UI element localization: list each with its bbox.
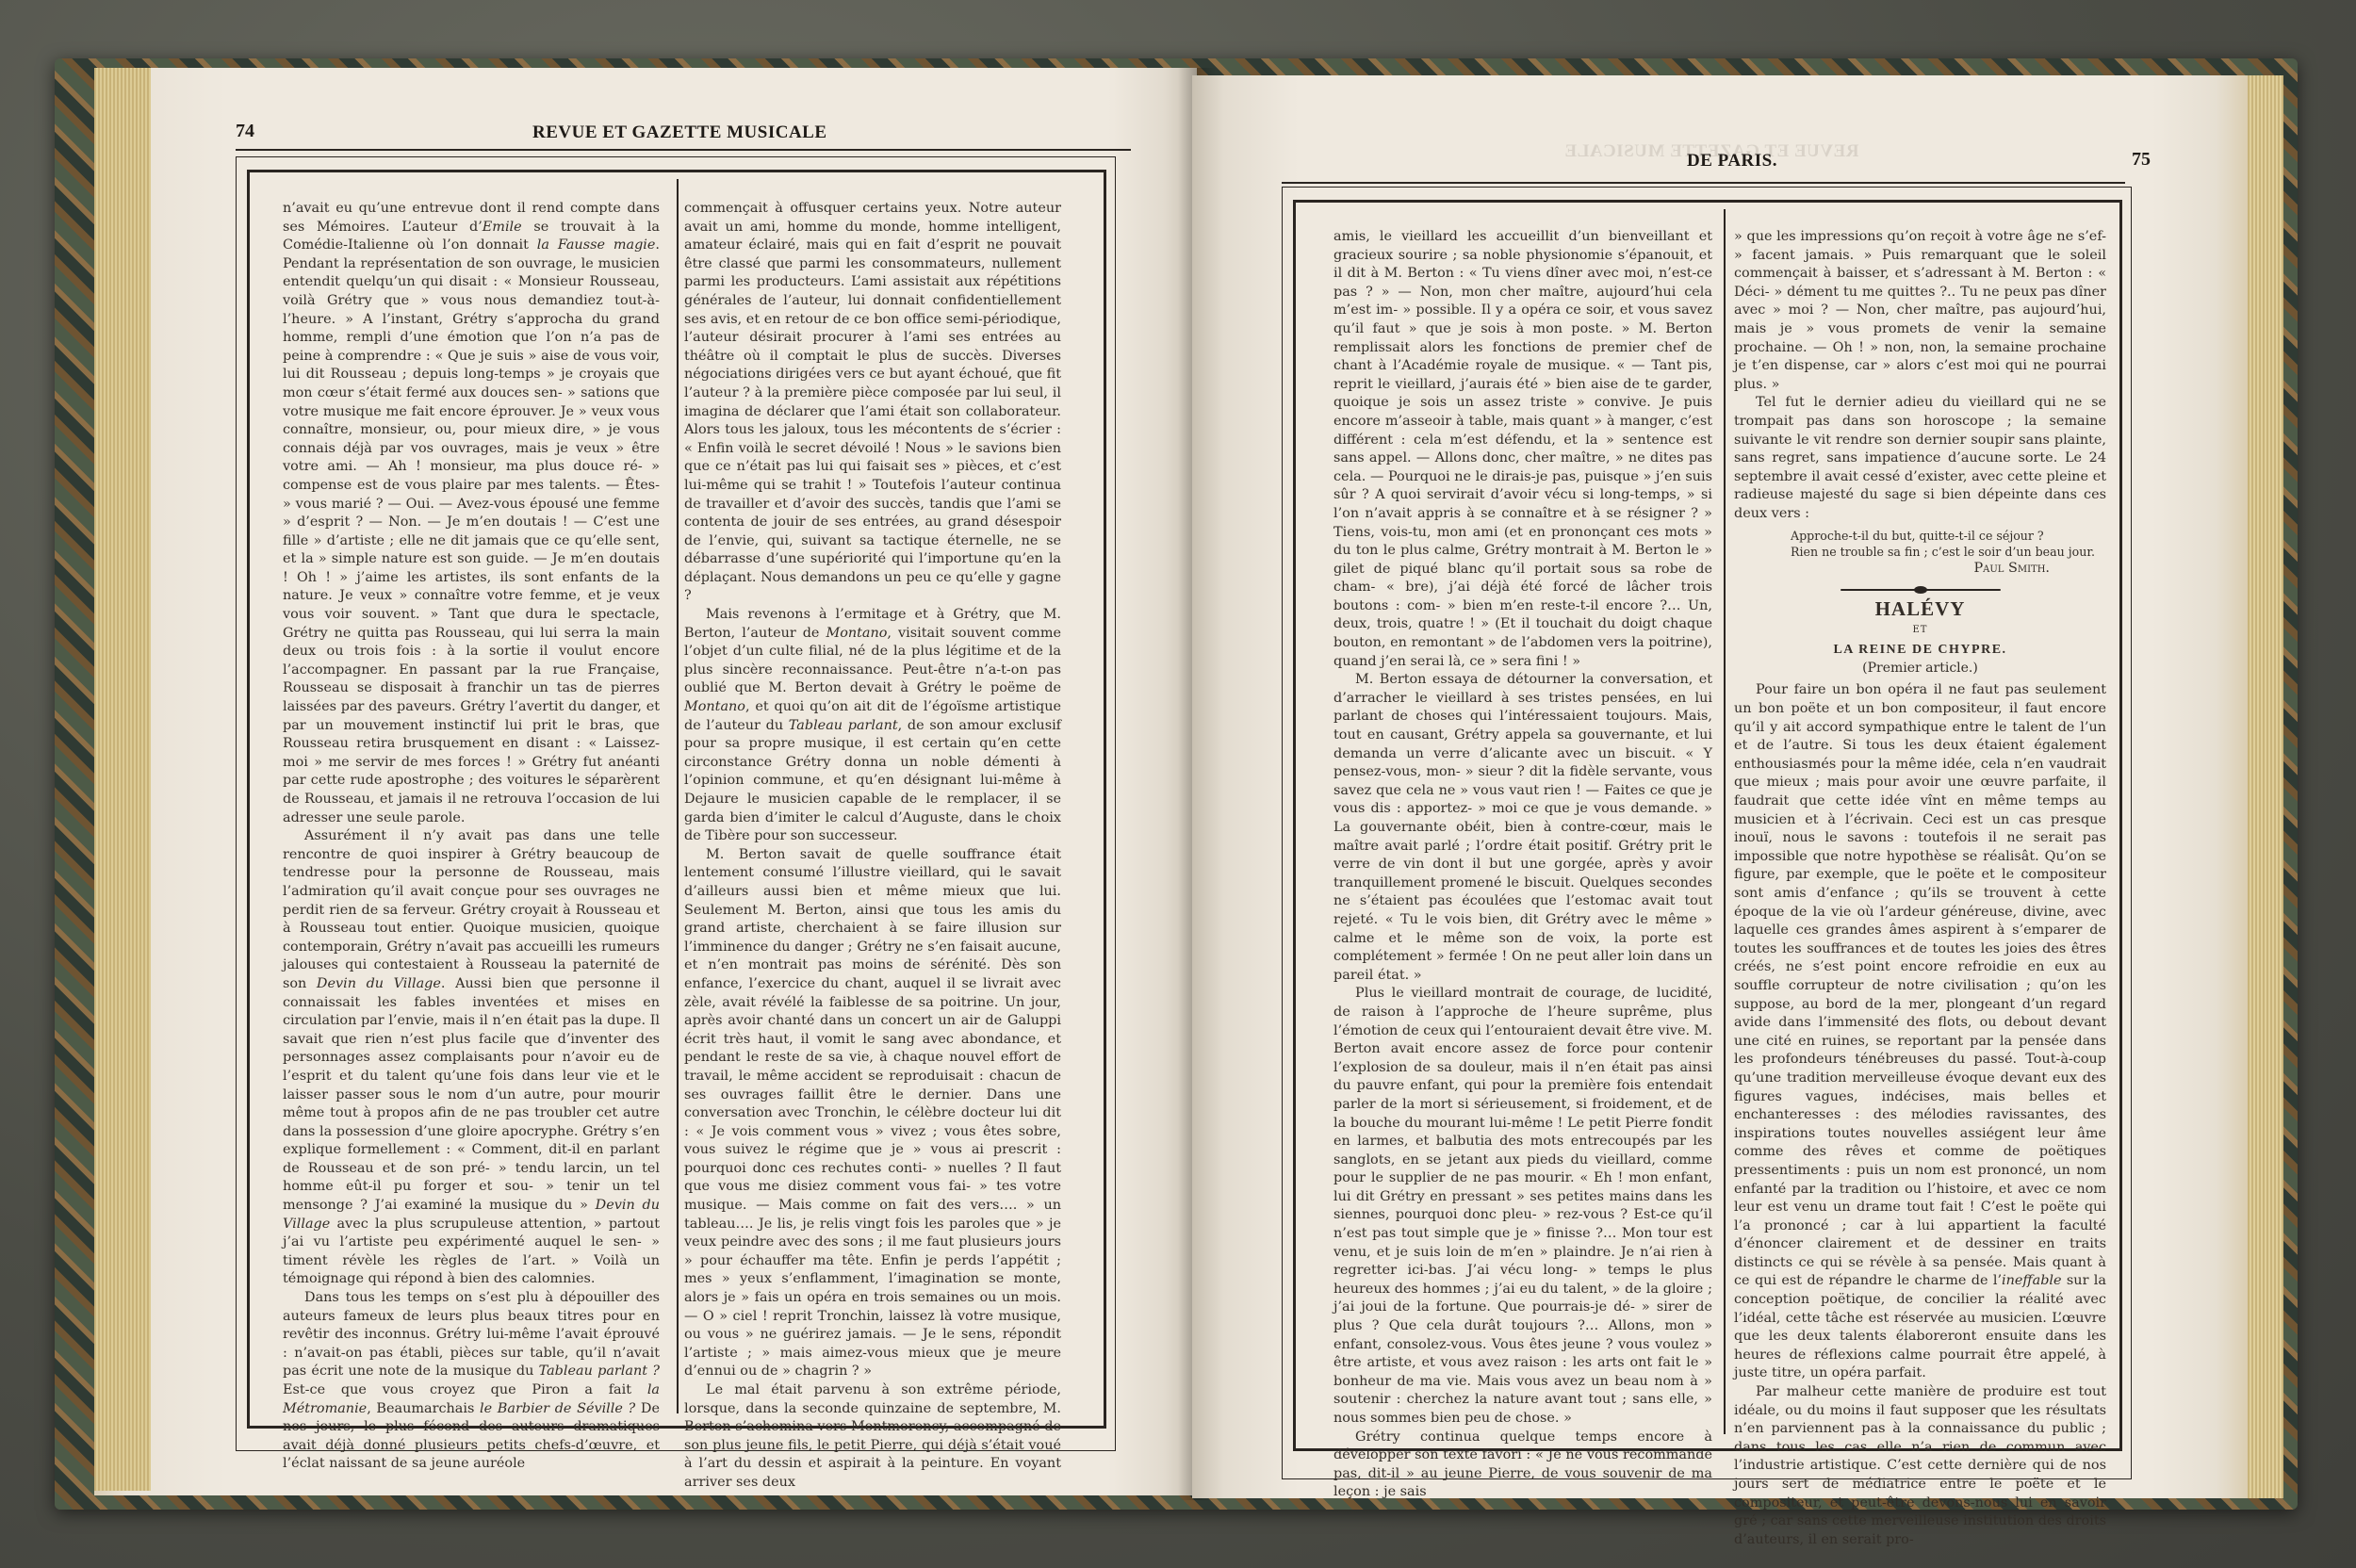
paragraph: Dans tous les temps on s’est plu à dépou… [283,1289,660,1474]
article-series-note: (Premier article.) [1734,660,2106,678]
paragraph: M. Berton savait de quelle souffrance ét… [684,846,1061,1381]
paragraph: M. Berton essaya de détourner la convers… [1333,671,1712,985]
section-divider-ornament [1841,585,2001,595]
paragraph: Pour faire un bon opéra il ne faut pas s… [1734,681,2106,1383]
left-column-divider [677,179,679,1413]
left-head-rule [236,149,1131,151]
right-page-edges [2248,75,2283,1498]
paragraph: Par malheur cette manière de produire es… [1734,1383,2106,1549]
right-column-divider [1724,209,1726,1434]
left-page-column-1: n’avait eu qu’une entrevue dont il rend … [283,200,660,1474]
verse-line: Rien ne trouble sa fin ; c’est le soir d… [1791,544,2106,560]
paragraph: n’avait eu qu’une entrevue dont il rend … [283,200,660,827]
paragraph: commençait à offusquer certains yeux. No… [684,200,1061,606]
article-title: HALÉVY [1734,600,2106,619]
right-running-head: DE PARIS. [1687,151,1777,171]
paragraph: » que les impressions qu’on reçoit à vot… [1734,228,2106,394]
paragraph: amis, le vieillard les accueillit d’un b… [1333,228,1712,671]
right-page-column-2: » que les impressions qu’on reçoit à vot… [1734,228,2106,1549]
paragraph: Tel fut le dernier adieu du vieillard qu… [1734,394,2106,523]
left-page-edges [94,68,151,1491]
paragraph: Mais revenons à l’ermitage et à Grétry, … [684,606,1061,846]
paragraph: Grétry continua quelque temps encore à d… [1333,1429,1712,1502]
grétry-obituary-end: » que les impressions qu’on reçoit à vot… [1734,228,2106,524]
halevy-article-body: Pour faire un bon opéra il ne faut pas s… [1734,681,2106,1549]
left-page-column-2: commençait à offusquer certains yeux. No… [684,200,1061,1493]
paragraph: Assurément il n’y avait pas dans une tel… [283,827,660,1289]
verse-line: Approche-t-il du but, quitte-t-il ce séj… [1791,528,2106,544]
right-head-rule [1282,182,2125,184]
right-page-column-1: amis, le vieillard les accueillit d’un b… [1333,228,1712,1502]
article-subtitle: LA REINE DE CHYPRE. [1734,641,2106,660]
paragraph: Plus le vieillard montrait de courage, d… [1333,985,1712,1428]
right-page-number: 75 [2132,149,2151,171]
left-page-number: 74 [236,121,254,142]
quoted-verse: Approche-t-il du but, quitte-t-il ce séj… [1734,528,2106,560]
left-running-head: REVUE ET GAZETTE MUSICALE [532,122,827,143]
article-title-conjunction: ET [1734,621,2106,640]
author-signature: Paul Smith. [1734,560,2106,579]
paragraph: Le mal était parvenu à son extrême pério… [684,1381,1061,1493]
